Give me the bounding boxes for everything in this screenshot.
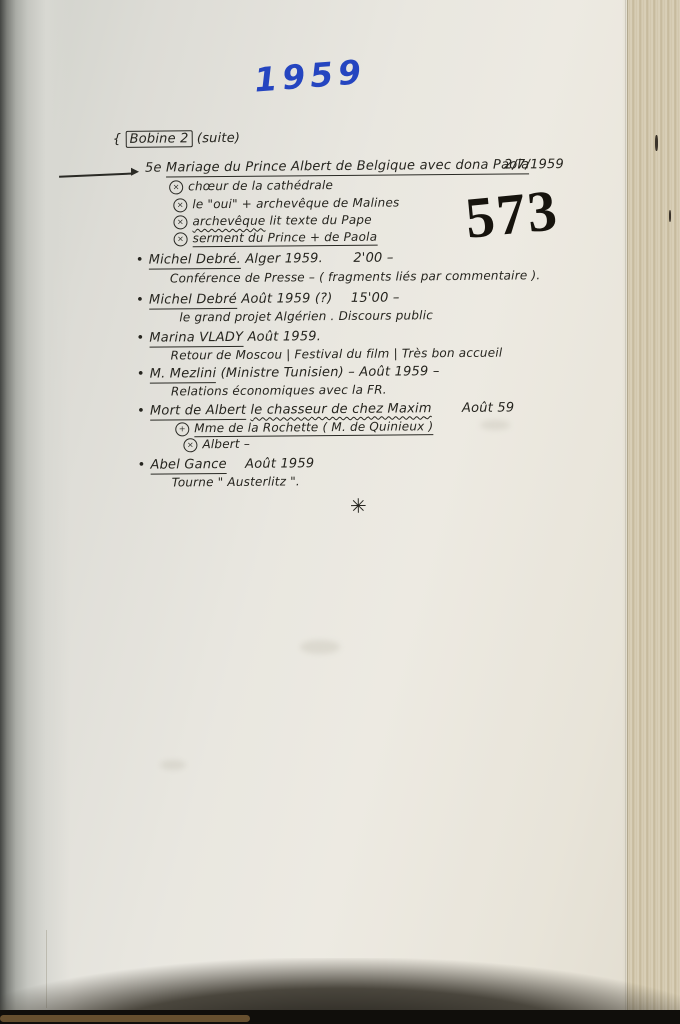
entry-name: Marina VLADY (149, 330, 243, 348)
marriage-title: Mariage du Prince Albert de Belgique ave… (166, 157, 530, 177)
entry-rest: le chasseur de chez Maxim (250, 401, 431, 418)
marriage-item: ×serment du Prince + de Paola (174, 230, 378, 246)
entry-debre-aout: •Michel Debré Août 1959 (?) 15'00 – (136, 290, 400, 307)
circled-x-icon: × (169, 180, 183, 194)
circled-x-icon: × (174, 232, 188, 246)
page-number-stamp: 573 (462, 176, 561, 252)
bullet-icon: • (137, 367, 145, 382)
entry-name: M. Mezlini (150, 366, 217, 384)
entry-detail: Retour de Moscou | Festival du film | Tr… (171, 346, 503, 363)
entry-when: Août 1959 (?) (241, 291, 332, 307)
marriage-item-lead: archevêque (192, 214, 265, 229)
handwritten-content: 1959 573 { Bobine 2 (suite) 5e Mariage d… (0, 0, 680, 1024)
entry-when: Août 59 (462, 400, 514, 415)
reel-label: Bobine 2 (125, 130, 192, 148)
section-asterisk: ✳ (350, 494, 367, 518)
marriage-item: ×archevêque lit texte du Pape (173, 213, 371, 229)
entry-when: Alger 1959. (245, 251, 323, 267)
year-annotation: 1959 (253, 52, 368, 100)
entry-name: Mort de Albert (150, 403, 246, 421)
circled-x-icon: × (173, 215, 187, 229)
entry-debre-alger: •Michel Debré. Alger 1959. 2'00 – (136, 251, 394, 268)
albert-sub-item: +Mme de la Rochette ( M. de Quinieux ) (175, 419, 433, 436)
book-page-photo: 1959 573 { Bobine 2 (suite) 5e Mariage d… (0, 0, 680, 1024)
entry-albert: •Mort de Albert le chasseur de chez Maxi… (137, 400, 514, 418)
entry-gance: •Abel Gance Août 1959 (138, 456, 315, 473)
entry-name: Michel Debré (149, 292, 237, 310)
albert-sub-text: Mme de la Rochette ( M. de Quinieux ) (194, 419, 433, 437)
entry-detail: Tourne " Austerlitz ". (172, 474, 300, 489)
entry-marriage-title: 5e Mariage du Prince Albert de Belgique … (145, 157, 530, 175)
marriage-prefix: 5e (145, 161, 162, 176)
bullet-icon: • (136, 331, 144, 346)
entry-when: Août 1959. (247, 329, 321, 345)
circled-plus-icon: + (175, 422, 189, 436)
entry-detail: Conférence de Presse – ( fragments liés … (170, 268, 540, 285)
entry-detail: le grand projet Algérien . Discours publ… (179, 308, 433, 324)
entry-name: Michel Debré. (149, 252, 241, 270)
albert-sub-text: Albert – (202, 437, 250, 451)
marriage-item: ×le "oui" + archevêque de Malines (173, 195, 399, 211)
entry-duration: 15'00 – (351, 290, 400, 305)
entry-detail: Relations économiques avec la FR. (171, 383, 387, 399)
entry-when: Août 1959 (245, 456, 314, 472)
entry-name: Abel Gance (150, 457, 226, 475)
marriage-item: ×chœur de la cathédrale (169, 178, 333, 194)
albert-sub-item: ×Albert – (183, 437, 250, 452)
marriage-item-text: chœur de la cathédrale (188, 178, 333, 193)
bullet-icon: • (138, 458, 146, 473)
entry-duration: 2'00 – (353, 251, 393, 266)
reel-header: { Bobine 2 (suite) (113, 131, 241, 147)
brace-glyph: { (113, 132, 122, 147)
entry-mezlini: •M. Mezlini (Ministre Tunisien) – Août 1… (137, 364, 440, 382)
bullet-icon: • (136, 253, 144, 268)
suite-label: (suite) (197, 131, 240, 146)
marriage-item-rest: lit texte du Pape (265, 213, 371, 228)
circled-x-icon: × (173, 198, 187, 212)
marriage-item-text: serment du Prince + de Paola (193, 230, 378, 248)
entry-when: (Ministre Tunisien) – Août 1959 – (221, 364, 440, 381)
bullet-icon: • (136, 293, 144, 308)
marriage-date: 2/7/1959 (504, 157, 564, 173)
entry-vlady: •Marina VLADY Août 1959. (136, 329, 321, 346)
circled-x-icon: × (183, 438, 197, 452)
marriage-item-text: le "oui" + archevêque de Malines (192, 195, 399, 211)
bullet-icon: • (137, 404, 145, 419)
